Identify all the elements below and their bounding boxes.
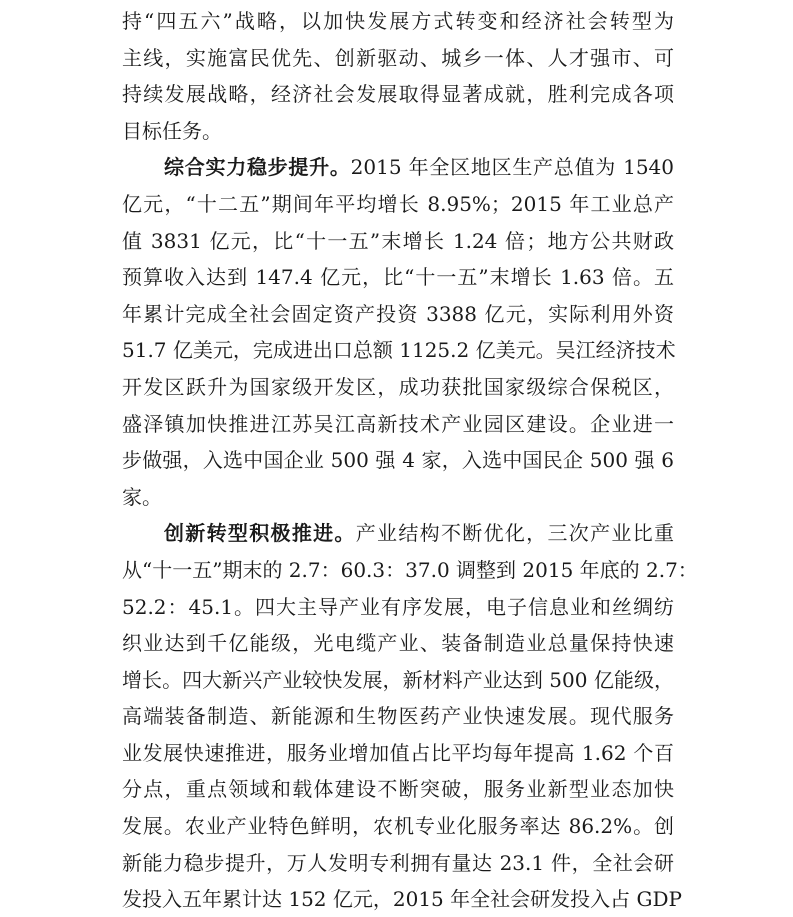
text-line: 持“四五六”战略，以加快发展方式转变和经济社会转型为 (122, 3, 674, 40)
text-line: 织业达到千亿能级，光电缆产业、装备制造业总量保持快速 (122, 625, 674, 662)
text-line: 开发区跃升为国家级开发区，成功获批国家级综合保税区， (122, 369, 674, 406)
text-line: 年累计完成全社会固定资产投资 3388 亿元，实际利用外资 (122, 296, 674, 333)
text-line: 52.2：45.1。四大主导产业有序发展，电子信息业和丝绸纺 (122, 589, 674, 626)
text-line: 创新转型积极推进。产业结构不断优化，三次产业比重 (122, 515, 674, 552)
document-page: 持“四五六”战略，以加快发展方式转变和经济社会转型为 主线，实施富民优先、创新驱… (122, 3, 674, 917)
text-line: 预算收入达到 147.4 亿元，比“十一五”末增长 1.63 倍。五 (122, 259, 674, 296)
text-line: 业发展快速推进，服务业增加值占比平均每年提高 1.62 个百 (122, 735, 674, 772)
paragraph-innovation-transformation: 创新转型积极推进。产业结构不断优化，三次产业比重 从“十一五”期末的 2.7：6… (122, 515, 674, 917)
text-fragment: 产业结构不断优化，三次产业比重 (356, 521, 674, 545)
text-line: 发展。农业产业特色鲜明，农机专业化服务率达 86.2%。创 (122, 808, 674, 845)
text-line: 增长。四大新兴产业较快发展，新材料产业达到 500 亿能级， (122, 662, 674, 699)
text-line: 盛泽镇加快推进江苏吴江高新技术产业园区建设。企业进一 (122, 406, 674, 443)
text-line: 综合实力稳步提升。2015 年全区地区生产总值为 1540 (122, 149, 674, 186)
text-line: 步做强，入选中国企业 500 强 4 家，入选中国民企 500 强 6 (122, 442, 674, 479)
text-fragment: 2015 年全区地区生产总值为 1540 (351, 155, 674, 179)
text-line: 发投入五年累计达 152 亿元，2015 年全社会研发投入占 GDP (122, 881, 674, 917)
paragraph-intro: 持“四五六”战略，以加快发展方式转变和经济社会转型为 主线，实施富民优先、创新驱… (122, 3, 674, 149)
text-line: 高端装备制造、新能源和生物医药产业快速发展。现代服务 (122, 698, 674, 735)
text-line: 值 3831 亿元，比“十一五”末增长 1.24 倍；地方公共财政 (122, 223, 674, 260)
text-line: 主线，实施富民优先、创新驱动、城乡一体、人才强市、可 (122, 40, 674, 77)
text-line: 亿元，“十二五”期间年平均增长 8.95%；2015 年工业总产 (122, 186, 674, 223)
text-line: 51.7 亿美元，完成进出口总额 1125.2 亿美元。吴江经济技术 (122, 332, 674, 369)
paragraph-comprehensive-strength: 综合实力稳步提升。2015 年全区地区生产总值为 1540 亿元，“十二五”期间… (122, 149, 674, 515)
text-line: 目标任务。 (122, 113, 674, 150)
text-line: 分点，重点领域和载体建设不断突破，服务业新型业态加快 (122, 771, 674, 808)
text-line: 家。 (122, 479, 674, 516)
text-line: 持续发展战略，经济社会发展取得显著成就，胜利完成各项 (122, 76, 674, 113)
text-line: 新能力稳步提升，万人发明专利拥有量达 23.1 件，全社会研 (122, 845, 674, 882)
paragraph-heading: 综合实力稳步提升。 (164, 157, 351, 179)
paragraph-heading: 创新转型积极推进。 (164, 523, 356, 545)
text-line: 从“十一五”期末的 2.7：60.3：37.0 调整到 2015 年底的 2.7… (122, 552, 674, 589)
